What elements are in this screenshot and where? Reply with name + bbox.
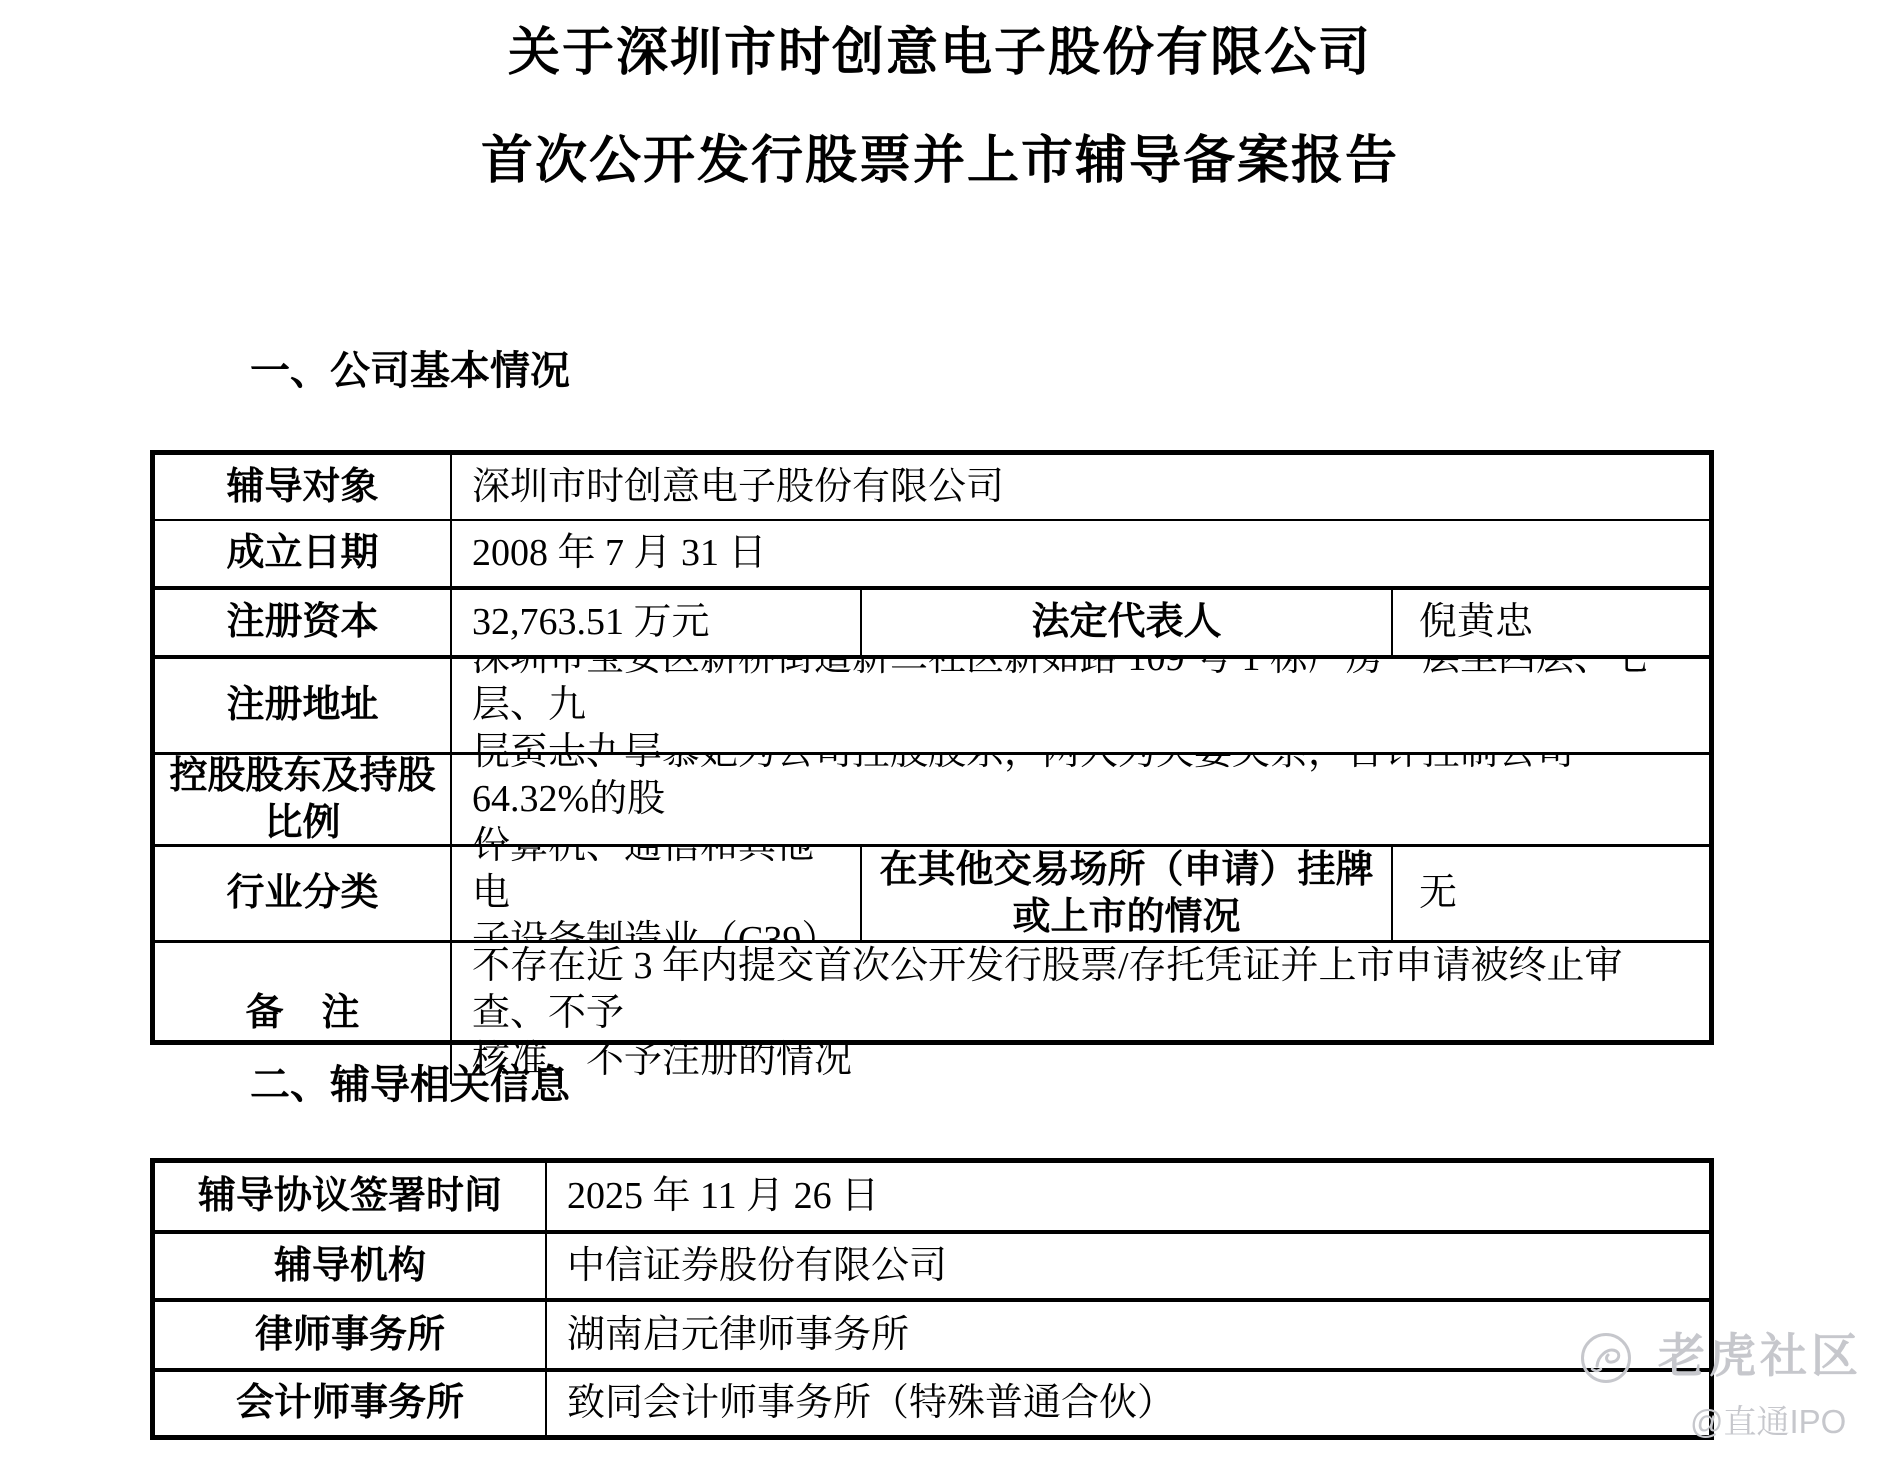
- row-value-secondary: 无: [1393, 847, 1709, 940]
- document-page: 关于深圳市时创意电子股份有限公司 首次公开发行股票并上市辅导备案报告 一、公司基…: [0, 0, 1880, 1468]
- row-label: 辅导协议签署时间: [155, 1163, 547, 1230]
- table-row: 会计师事务所 致同会计师事务所（特殊普通合伙）: [155, 1372, 1709, 1435]
- row-value-secondary: 倪黄忠: [1393, 590, 1709, 655]
- table-row: 辅导对象 深圳市时创意电子股份有限公司: [155, 455, 1709, 521]
- company-info-table: 辅导对象 深圳市时创意电子股份有限公司 成立日期 2008 年 7 月 31 日…: [150, 450, 1714, 1045]
- table-row: 成立日期 2008 年 7 月 31 日: [155, 521, 1709, 590]
- row-label: 注册资本: [155, 590, 452, 655]
- table-row: 行业分类 计算机、通信和其他电 子设备制造业（C39） 在其他交易场所（申请）挂…: [155, 847, 1709, 943]
- table-row: 辅导协议签署时间 2025 年 11 月 26 日: [155, 1163, 1709, 1234]
- row-value: 湖南启元律师事务所: [547, 1302, 1709, 1368]
- table-row: 注册地址 深圳市宝安区新桥街道新二社区新如路 109 号 1 栋厂房一层至四层、…: [155, 659, 1709, 755]
- table-row: 律师事务所 湖南启元律师事务所: [155, 1302, 1709, 1372]
- row-value: 32,763.51 万元: [452, 590, 862, 655]
- table-row: 辅导机构 中信证券股份有限公司: [155, 1234, 1709, 1302]
- row-value: 计算机、通信和其他电 子设备制造业（C39）: [452, 847, 862, 940]
- row-label-secondary: 法定代表人: [862, 590, 1393, 655]
- row-value: 2008 年 7 月 31 日: [452, 521, 1709, 586]
- row-value: 2025 年 11 月 26 日: [547, 1163, 1709, 1230]
- row-label: 会计师事务所: [155, 1372, 547, 1435]
- row-value: 不存在近 3 年内提交首次公开发行股票/存托凭证并上市申请被终止审查、不予 核准…: [452, 943, 1709, 1084]
- document-title-line2: 首次公开发行股票并上市辅导备案报告: [0, 132, 1880, 192]
- row-label: 注册地址: [155, 659, 452, 752]
- table-row: 注册资本 32,763.51 万元 法定代表人 倪黄忠: [155, 590, 1709, 659]
- row-label: 律师事务所: [155, 1302, 547, 1368]
- row-value: 倪黄忠、李慕妃为公司控股股东，两人为夫妻关系，合计控制公司 64.32%的股 份: [452, 755, 1709, 844]
- section2-heading: 二、辅导相关信息: [250, 1062, 570, 1108]
- guidance-info-table: 辅导协议签署时间 2025 年 11 月 26 日 辅导机构 中信证券股份有限公…: [150, 1158, 1714, 1440]
- row-value: 致同会计师事务所（特殊普通合伙）: [547, 1372, 1709, 1435]
- row-label: 成立日期: [155, 521, 452, 586]
- row-value: 深圳市时创意电子股份有限公司: [452, 455, 1709, 519]
- row-label: 行业分类: [155, 847, 452, 940]
- section1-heading: 一、公司基本情况: [250, 348, 570, 394]
- document-title-line1: 关于深圳市时创意电子股份有限公司: [0, 24, 1880, 84]
- row-label-secondary: 在其他交易场所（申请）挂牌 或上市的情况: [862, 847, 1393, 940]
- row-value: 深圳市宝安区新桥街道新二社区新如路 109 号 1 栋厂房一层至四层、七层、九 …: [452, 659, 1709, 752]
- row-label: 控股股东及持股 比例: [155, 755, 452, 844]
- row-label: 辅导机构: [155, 1234, 547, 1298]
- row-value: 中信证券股份有限公司: [547, 1234, 1709, 1298]
- row-label: 辅导对象: [155, 455, 452, 519]
- table-row: 控股股东及持股 比例 倪黄忠、李慕妃为公司控股股东，两人为夫妻关系，合计控制公司…: [155, 755, 1709, 847]
